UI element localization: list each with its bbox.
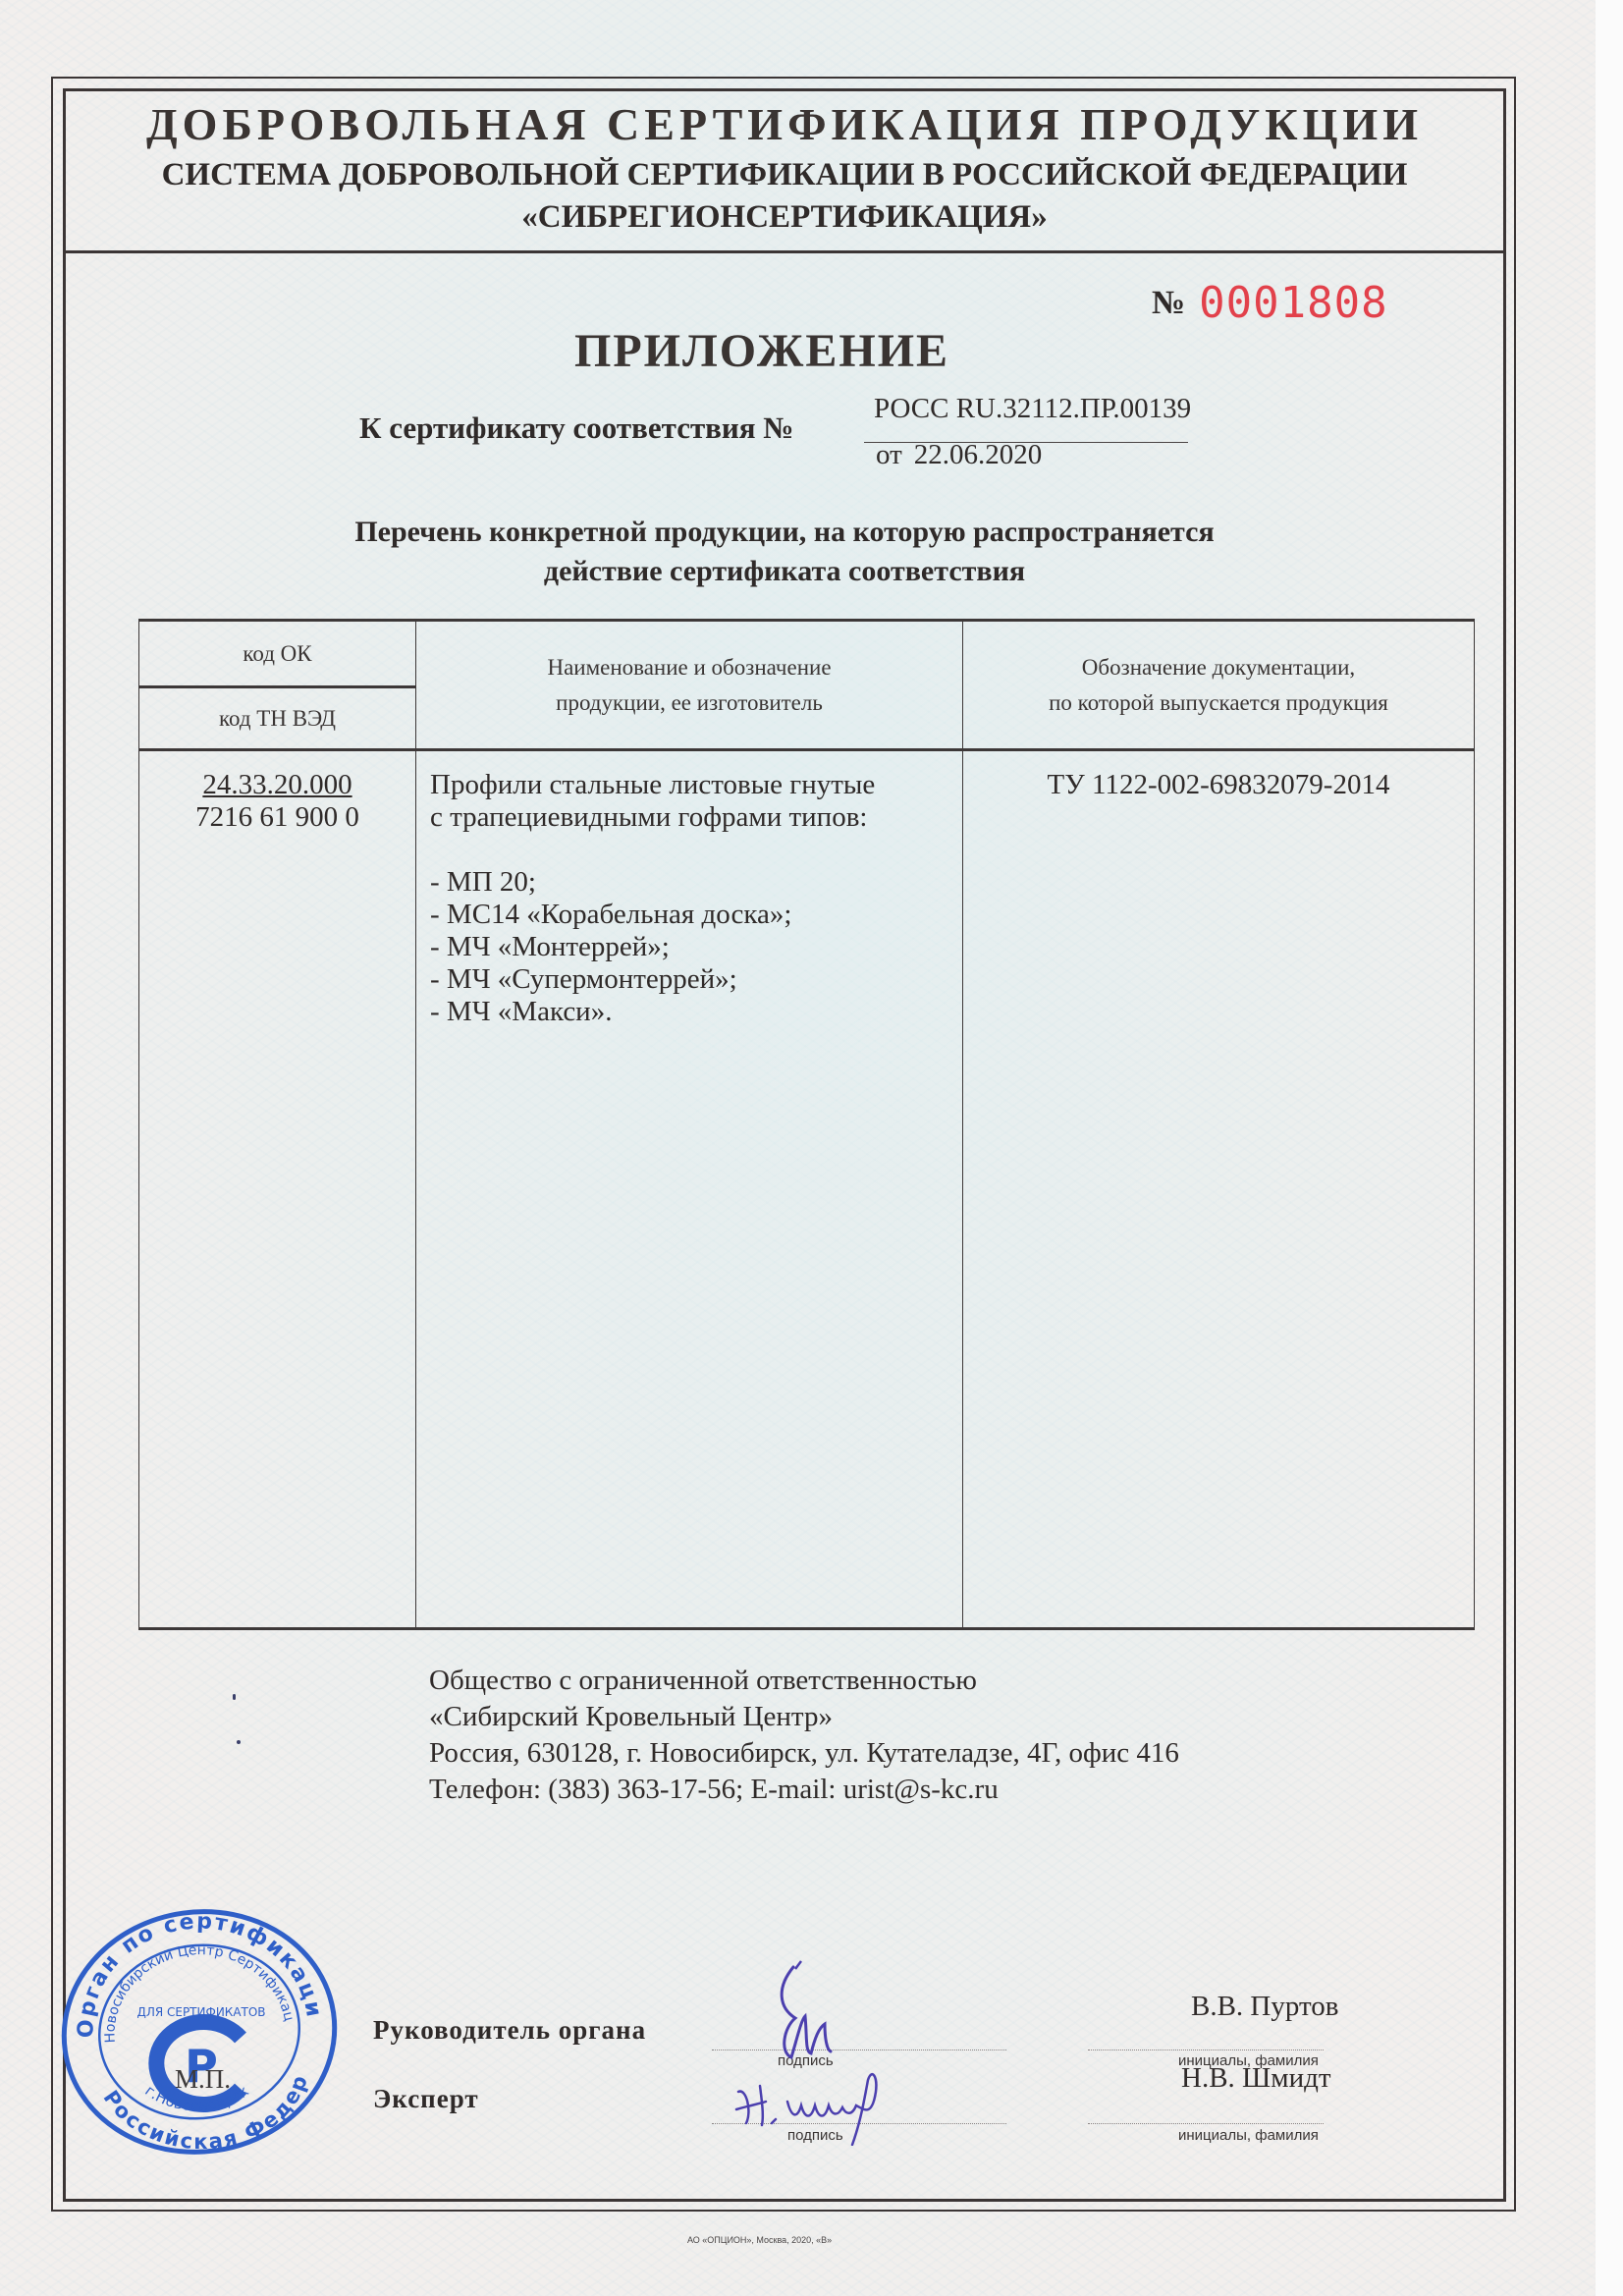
code-tn-ved-value: 7216 61 900 0 [139,801,415,834]
head-signature-line [712,2050,1006,2050]
expert-name: Н.В. Шмидт [1181,2062,1331,2095]
header-divider [63,250,1506,253]
header-code-tn-ved: код ТН ВЭД [139,687,416,750]
serial-number-value: 0001808 [1199,278,1387,328]
cell-documentation: ТУ 1122-002-69832079-2014 [963,750,1475,1629]
header-code-ok-label: код ОК [243,641,311,666]
header-product-line2: продукции, ее изготовитель [416,685,962,721]
head-role-label: Руководитель органа [373,2015,646,2046]
head-signature-icon [766,1959,854,2067]
head-name: В.В. Пуртов [1191,1991,1338,2023]
header-docs-line1: Обозначение документации, [963,650,1474,685]
expert-role-label: Эксперт [373,2084,479,2114]
certification-system-name: СИСТЕМА ДОБРОВОЛЬНОЙ СЕРТИФИКАЦИИ В РОСС… [63,157,1506,193]
number-sign: № [1152,285,1185,321]
expert-name-line [1088,2123,1324,2124]
expert-signature-icon [727,2062,923,2146]
product-type-item: - МС14 «Корабельная доска»; [430,899,962,931]
product-type-item: - МЧ «Монтеррей»; [430,931,962,963]
header-code-tn-ved-label: код ТН ВЭД [219,706,336,731]
product-table: код ОК Наименование и обозначение продук… [138,619,1475,1630]
annex-title: ПРИЛОЖЕНИЕ [574,324,949,378]
ink-speck [237,1740,241,1744]
header-docs-line2: по которой выпускается продукция [963,685,1474,721]
manufacturer-address: Россия, 630128, г. Новосибирск, ул. Кута… [429,1735,1179,1772]
manufacturer-block: Общество с ограниченной ответственностью… [429,1663,1179,1808]
date-value: 22.06.2020 [914,439,1043,470]
product-list-title-line2: действие сертификата соответствия [63,552,1506,591]
certificate-date: от22.06.2020 [876,439,1042,471]
certificate-label: К сертификату соответствия № [359,410,793,446]
manufacturer-legal-form: Общество с ограниченной ответственностью [429,1663,1179,1699]
form-serial-number: №0001808 [1152,278,1388,328]
ink-speck [233,1694,236,1700]
expert-name-caption: инициалы, фамилия [1178,2127,1319,2144]
page-edge [1596,0,1623,2296]
certification-system-brand: «СИБРЕГИОНСЕРТИФИКАЦИЯ» [63,199,1506,236]
header-product-line1: Наименование и обозначение [416,650,962,685]
manufacturer-contacts: Телефон: (383) 363-17-56; E-mail: urist@… [429,1772,1179,1808]
product-type-item: - МП 20; [430,866,962,899]
cell-codes: 24.33.20.000 7216 61 900 0 [139,750,416,1629]
manufacturer-name: «Сибирский Кровельный Центр» [429,1699,1179,1735]
documentation-value: ТУ 1122-002-69832079-2014 [963,769,1474,801]
date-prefix: от [876,439,902,470]
seal-place-label: М.П. [175,2064,231,2095]
product-list-title-line1: Перечень конкретной продукции, на котору… [63,513,1506,552]
head-name-line [1088,2050,1324,2050]
printer-imprint: АО «ОПЦИОН», Москва, 2020, «В» [687,2235,832,2245]
product-type-item: - МЧ «Макси». [430,996,962,1028]
product-type-item: - МЧ «Супермонтеррей»; [430,963,962,996]
document-heading: ДОБРОВОЛЬНАЯ СЕРТИФИКАЦИЯ ПРОДУКЦИИ [63,98,1506,150]
header-product: Наименование и обозначение продукции, ее… [416,621,963,750]
product-intro-line1: Профили стальные листовые гнутые [430,769,962,801]
certification-body-stamp: Орган по сертификации Новосибирский Цент… [54,1900,344,2160]
certificate-number: РОСС RU.32112.ПР.00139 [874,393,1191,425]
header-documentation: Обозначение документации, по которой вып… [963,621,1475,750]
product-list-title: Перечень конкретной продукции, на котору… [63,513,1506,591]
code-ok-value: 24.33.20.000 [139,769,415,801]
cell-product: Профили стальные листовые гнутые с трапе… [416,750,963,1629]
table-row: 24.33.20.000 7216 61 900 0 Профили сталь… [139,750,1475,1629]
product-intro-line2: с трапециевидными гофрами типов: [430,801,962,834]
header-code-ok: код ОК [139,621,416,687]
